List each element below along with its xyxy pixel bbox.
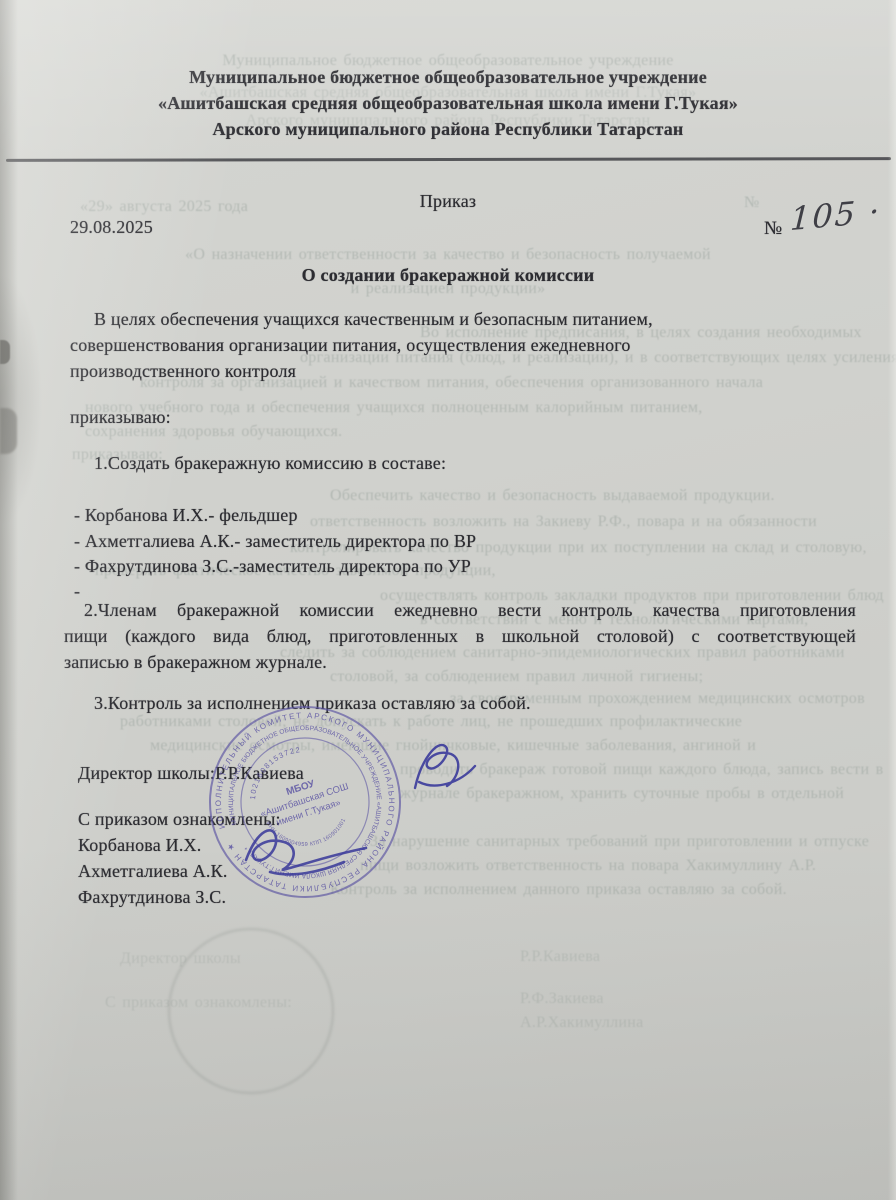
doc-title: О создании бракеражной комиссии	[0, 262, 896, 288]
doc-number-handwritten: 105 ·	[789, 192, 882, 238]
page-edge-shadow	[0, 0, 18, 1200]
member-line-2: - Ахметгалиева А.К.- заместитель директо…	[74, 528, 476, 554]
member-line-1: - Корбанова И.Х.- фельдшер	[74, 502, 298, 528]
preamble-line-2: совершенствования организации питания, о…	[70, 332, 631, 358]
director-signature	[405, 736, 489, 800]
bleed-line: нового учебного года и обеспечения учащи…	[85, 399, 865, 417]
doc-date: 29.08.2025	[70, 214, 153, 240]
ack-signature	[238, 818, 388, 888]
header-rule	[6, 157, 891, 161]
org-header-line-3: Арского муниципального района Республики…	[0, 116, 896, 142]
bleed-line: А.Р.Хакимуллина	[520, 1014, 750, 1032]
bleed-line: Обеспечить качество и безопасность выдав…	[330, 487, 850, 505]
org-header-line-1: Муниципальное бюджетное общеобразователь…	[0, 64, 896, 90]
bleed-line: За нарушение санитарных требований при п…	[370, 833, 876, 851]
back-stamp-circle	[168, 928, 334, 1094]
order-item-2-line-1: 2.Членам бракеражной комиссии ежедневно …	[64, 597, 856, 623]
bleed-line: Р.Ф.Закиева	[520, 990, 720, 1008]
photographed-document-page: Муниципальное бюджетное общеобразователь…	[0, 0, 896, 1200]
page-right-edge	[888, 0, 896, 1200]
preamble-line-3: производственного контроля	[70, 358, 296, 384]
order-item-2-line-3: записью в бракеражном журнале.	[64, 649, 327, 675]
bleed-line: Р.Р.Кавиева	[520, 948, 720, 966]
order-item-2-line-2: пищи (каждого вида блюд, приготовленных …	[64, 623, 856, 649]
preamble-line-1: В целях обеспечения учащихся качественны…	[70, 306, 653, 332]
order-item-1: 1.Создать бракеражную комиссию в составе…	[70, 450, 446, 476]
ack-name-1: Корбанова И.Х.	[78, 832, 201, 858]
member-line-3: - Фахрутдинова З.С.-заместитель директор…	[74, 553, 471, 579]
decree-word: приказываю:	[70, 404, 171, 430]
doc-number-sign: №	[764, 216, 782, 242]
doc-type: Приказ	[0, 188, 896, 214]
org-header-line-2: «Ашитбашская средняя общеобразовательная…	[0, 90, 896, 116]
bleed-line: пищи возложить ответственность на повара…	[360, 857, 840, 875]
